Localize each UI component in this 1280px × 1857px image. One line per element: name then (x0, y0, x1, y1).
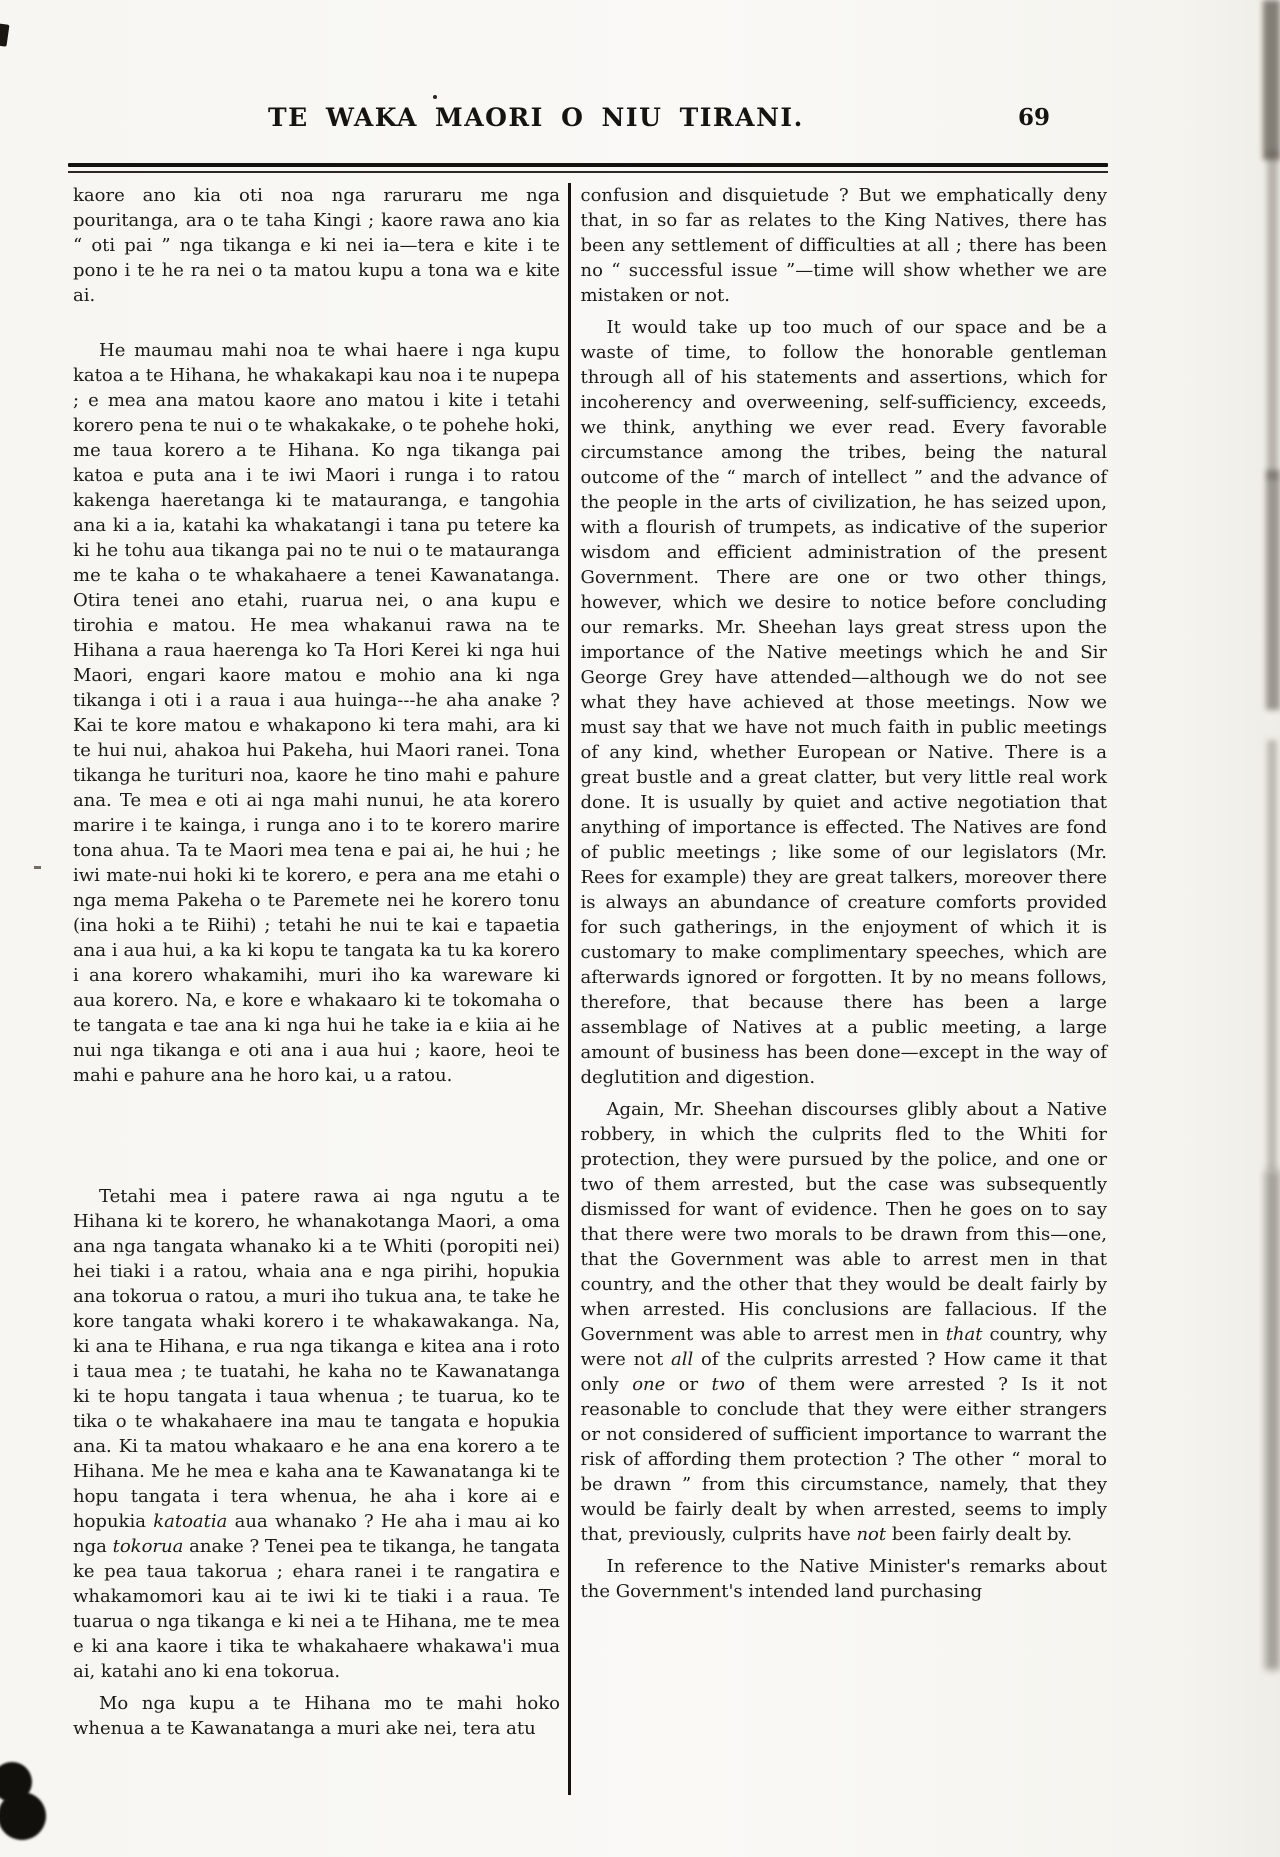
text-run: of them were arrested ? Is it not reason… (581, 1374, 1108, 1545)
paragraph: confusion and disquietude ? But we empha… (581, 183, 1108, 308)
paragraph: It would take up too much of our space a… (581, 315, 1108, 1090)
italic-text-run: tokorua (113, 1536, 184, 1557)
paragraph: In reference to the Native Minister's re… (581, 1554, 1108, 1604)
paragraph: kaore ano kia oti noa nga raruraru me ng… (73, 183, 560, 308)
text-run: confusion and disquietude ? But we empha… (581, 185, 1108, 306)
italic-text-run: two (711, 1374, 744, 1395)
italic-text-run: that (946, 1324, 983, 1345)
scan-artifact-right-strip (1267, 150, 1278, 480)
scan-artifact-top-left (0, 23, 9, 46)
text-run: Mo nga kupu a te Hihana mo te mahi hoko … (73, 1693, 560, 1739)
text-run: or (665, 1374, 711, 1395)
text-run: In reference to the Native Minister's re… (581, 1556, 1108, 1602)
text-run: Again, Mr. Sheehan discourses glibly abo… (581, 1099, 1108, 1345)
text-run: kaore ano kia oti noa nga raruraru me ng… (73, 185, 560, 306)
italic-text-run: not (856, 1524, 886, 1545)
article-columns: kaore ano kia oti noa nga raruraru me ng… (73, 183, 1107, 1823)
scan-artifact-right-strip (1263, 0, 1280, 160)
masthead-title: TE WAKA MAORI O NIU TIRANI. (268, 103, 728, 132)
text-run: He maumau mahi noa te whai haere i nga k… (73, 340, 560, 1086)
scan-artifact-right-strip (1265, 1170, 1280, 1670)
column-divider (568, 183, 571, 1795)
italic-text-run: one (632, 1374, 665, 1395)
left-column: kaore ano kia oti noa nga raruraru me ng… (73, 183, 560, 1823)
ink-blot (0, 1762, 32, 1802)
newspaper-page: TE WAKA MAORI O NIU TIRANI. 69 kaore ano… (0, 0, 1280, 1857)
scan-artifact-dash (34, 866, 41, 869)
header-rule-thin (68, 171, 1108, 173)
ink-blot (0, 1792, 46, 1840)
right-column: confusion and disquietude ? But we empha… (581, 183, 1108, 1823)
paragraph: Again, Mr. Sheehan discourses glibly abo… (581, 1097, 1108, 1547)
italic-text-run: katoatia (153, 1511, 227, 1532)
text-run: anake ? Tenei pea te tikanga, he tangata… (73, 1536, 560, 1682)
scan-artifact-right-strip (1266, 470, 1280, 710)
paragraph: Mo nga kupu a te Hihana mo te mahi hoko … (73, 1691, 560, 1741)
page-number: 69 (1018, 104, 1050, 131)
italic-text-run: all (671, 1349, 693, 1370)
text-run: been fairly dealt by. (886, 1524, 1072, 1545)
text-run: Tetahi mea i patere rawa ai nga ngutu a … (73, 1186, 560, 1532)
scan-artifact-dot (433, 95, 437, 99)
paragraph: Tetahi mea i patere rawa ai nga ngutu a … (73, 1184, 560, 1684)
header-rule (68, 163, 1108, 175)
text-run: It would take up too much of our space a… (581, 317, 1108, 1088)
scan-artifact-right-strip (1267, 740, 1277, 1170)
header-rule-thick (68, 163, 1108, 167)
paragraph: He maumau mahi noa te whai haere i nga k… (73, 338, 560, 1088)
